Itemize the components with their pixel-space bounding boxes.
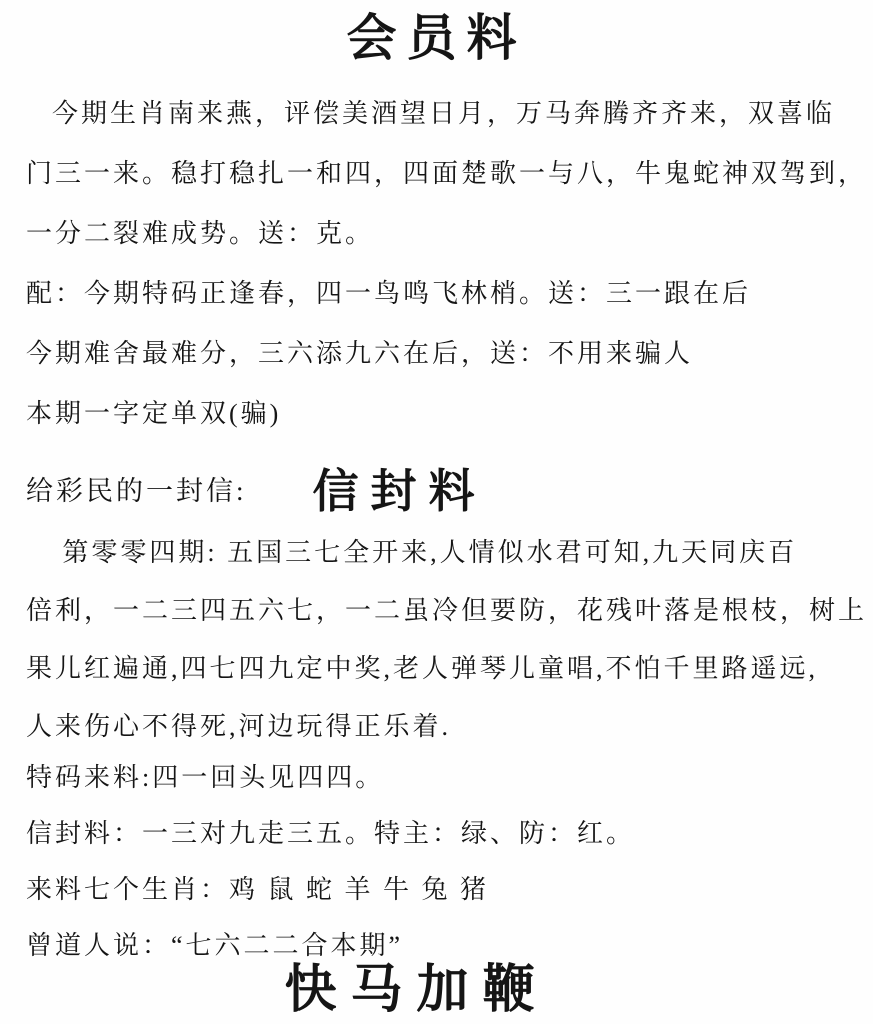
text-line: 第零零四期: 五国三七全开来,人情似水君可知,九天同庆百: [26, 524, 847, 582]
text-line: 倍利，一二三四五六七，一二虽冷但要防，花残叶落是根枝，树上: [26, 582, 847, 640]
text-line: 人来伤心不得死,河边玩得正乐着.: [26, 698, 847, 756]
document-title: 会员料: [0, 8, 873, 68]
envelope-intro-label: 给彩民的一封信:: [26, 469, 247, 508]
envelope-issue-paragraph: 第零零四期: 五国三七全开来,人情似水君可知,九天同庆百 倍利，一二三四五六七，…: [0, 524, 873, 756]
member-section: 今期生肖南来燕，评偿美酒望日月，万马奔腾齐齐来，双喜临 门三一来。稳打稳扎一和四…: [0, 84, 873, 444]
text-line: 配：今期特码正逢春，四一鸟鸣飞林梢。送：三一跟在后: [26, 264, 847, 324]
text-line: 信封料：一三对九走三五。特主：绿、防：红。: [26, 806, 847, 862]
scanned-lottery-tip-sheet: 会员料 今期生肖南来燕，评偿美酒望日月，万马奔腾齐齐来，双喜临 门三一来。稳打稳…: [0, 0, 873, 1024]
text-line: 来料七个生肖：鸡 鼠 蛇 羊 牛 兔 猪: [26, 862, 847, 918]
envelope-special-lines: 特码来料:四一回头见四四。 信封料：一三对九走三五。特主：绿、防：红。 来料七个…: [0, 750, 873, 974]
envelope-intro-row: 给彩民的一封信: 信封料: [0, 452, 873, 524]
text-line: 一分二裂难成势。送：克。: [26, 204, 847, 264]
envelope-section-heading: 信封料: [313, 455, 487, 521]
text-line: 门三一来。稳打稳扎一和四，四面楚歌一与八，牛鬼蛇神双驾到，: [26, 144, 847, 204]
text-line: 果儿红遍通,四七四九定中奖,老人弹琴儿童唱,不怕千里路遥远,: [26, 640, 847, 698]
text-line: 本期一字定单双(骗): [26, 384, 847, 444]
text-line: 今期难舍最难分，三六添九六在后，送：不用来骗人: [26, 324, 847, 384]
text-line: 今期生肖南来燕，评偿美酒望日月，万马奔腾齐齐来，双喜临: [26, 84, 847, 144]
text-line: 特码来料:四一回头见四四。: [26, 750, 847, 806]
